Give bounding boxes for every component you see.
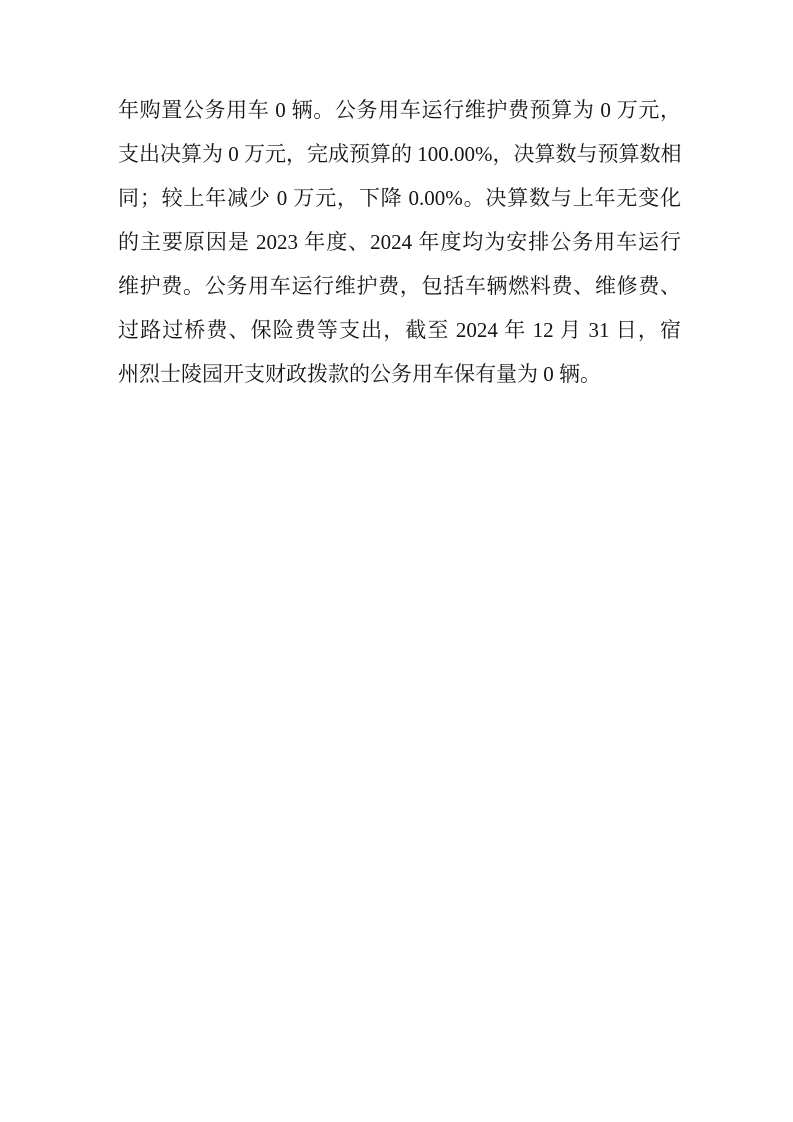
paragraph: 年购置公务用车 0 辆。公务用车运行维护费预算为 0 万元，支出决算为 0 万元… [118,88,681,396]
paragraph-line: 过路过桥费、保险费等支出，截至 2024 年 12 月 31 日，宿 [118,308,681,352]
paragraph-line: 维护费。公务用车运行维护费，包括车辆燃料费、维修费、 [118,264,681,308]
paragraph-line: 支出决算为 0 万元，完成预算的 100.00%，决算数与预算数相 [118,132,681,176]
document-page: 年购置公务用车 0 辆。公务用车运行维护费预算为 0 万元，支出决算为 0 万元… [0,0,793,1122]
paragraph-line: 同；较上年减少 0 万元，下降 0.00%。决算数与上年无变化 [118,176,681,220]
paragraph-line: 州烈士陵园开支财政拨款的公务用车保有量为 0 辆。 [118,352,681,396]
paragraph-line: 的主要原因是 2023 年度、2024 年度均为安排公务用车运行 [118,220,681,264]
paragraph-line: 年购置公务用车 0 辆。公务用车运行维护费预算为 0 万元， [118,88,681,132]
